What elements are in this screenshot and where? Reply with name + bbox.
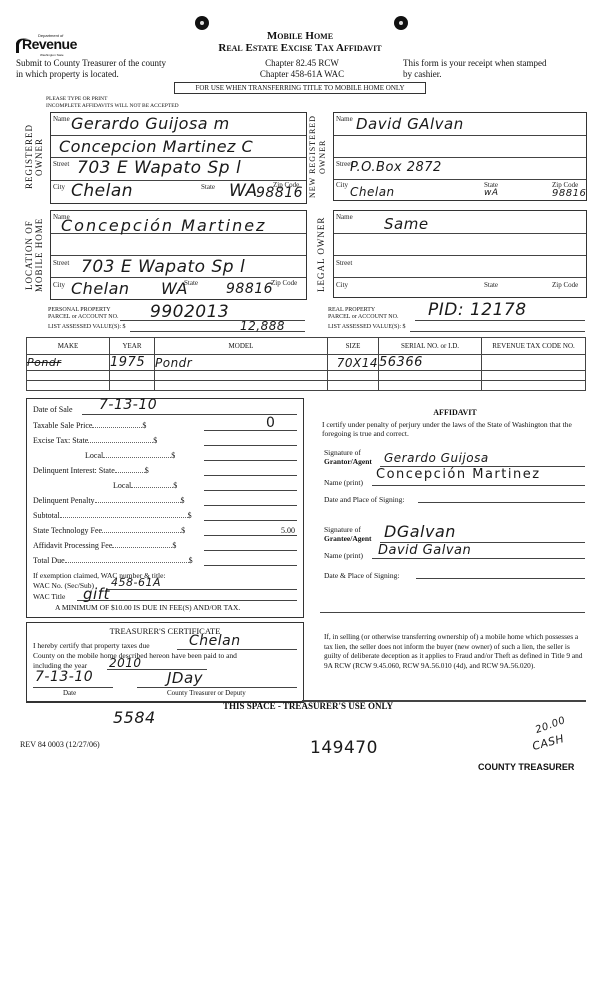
table-row: Pondr 1975 Pondr 70X14 56366 xyxy=(27,355,586,371)
col-make: MAKE xyxy=(27,338,110,355)
fee-delinquent-penalty: Delinquent Penalty$ xyxy=(33,496,313,505)
registered-owner-name[interactable]: Gerardo Guijosa m xyxy=(71,114,230,133)
col-serial: SERIAL NO. or I.D. xyxy=(379,338,482,355)
fee-total-due: Total Due$ xyxy=(33,556,313,565)
new-owner-section-label: NEW REGISTEREDOWNER xyxy=(308,112,328,202)
form-title: Mobile Home Real Estate Excise Tax Affid… xyxy=(180,30,420,54)
fee-delinquent-interest-state: Delinquent Interest: State$ xyxy=(33,466,313,475)
col-tax-code: REVENUE TAX CODE NO. xyxy=(482,338,586,355)
new-owner-name[interactable]: David GAlvan xyxy=(356,115,464,133)
treasurer-county[interactable]: Chelan xyxy=(189,633,241,649)
date-of-sale[interactable]: 7-13-10 xyxy=(99,397,157,413)
wac-title[interactable]: gift xyxy=(83,585,110,603)
minimum-notice: A MINIMUM OF $10.00 IS DUE IN FEE(S) AND… xyxy=(55,603,240,612)
mobile-home-table: MAKE YEAR MODEL SIZE SERIAL NO. or I.D. … xyxy=(26,337,586,391)
grantee-signature[interactable]: DGalvan xyxy=(384,522,456,541)
personal-assessed-label: LIST ASSESSED VALUE(S): $ xyxy=(48,324,126,330)
new-owner-box: Name David GAlvan Street P.O.Box 2872 Ci… xyxy=(333,112,587,201)
payment-method: CASH xyxy=(531,732,566,753)
registered-owner-section-label: REGISTEREDOWNER xyxy=(24,112,44,202)
new-owner-state[interactable]: wA xyxy=(484,188,499,198)
treasurer-use-title: THIS SPACE - TREASURER'S USE ONLY xyxy=(223,701,393,711)
location-name[interactable]: Concepción Martinez xyxy=(61,216,266,235)
grantee-name-print[interactable]: David Galvan xyxy=(378,543,471,558)
fee-subtotal: Subtotal$ xyxy=(33,511,313,520)
new-owner-street[interactable]: P.O.Box 2872 xyxy=(350,160,442,175)
real-property-parcel-label: REAL PROPERTYPARCEL or ACCOUNT NO. xyxy=(328,307,398,321)
location-section-label: LOCATION OFMOBILE HOME xyxy=(24,210,44,300)
fee-taxable-sale-price: Taxable Sale Price$ 0 xyxy=(33,421,313,430)
punch-hole-left xyxy=(195,16,209,30)
table-row xyxy=(27,381,586,391)
grantor-signature[interactable]: Gerardo Guijosa xyxy=(384,451,489,465)
real-assessed-label: LIST ASSESSED VALUE(S): $ xyxy=(328,324,406,330)
real-property-parcel-value[interactable]: PID: 12178 xyxy=(428,300,527,320)
registered-owner-street[interactable]: 703 E Wapato Sp l xyxy=(77,158,241,178)
logo-main: Revenue xyxy=(22,36,77,52)
wac-number[interactable]: 458-61A xyxy=(111,576,161,589)
legal-owner-name[interactable]: Same xyxy=(384,215,429,233)
col-size: SIZE xyxy=(328,338,379,355)
treasurer-date[interactable]: 7-13-10 xyxy=(35,669,93,685)
instructions: PLEASE TYPE OR PRINT INCOMPLETE AFFIDAVI… xyxy=(46,96,179,110)
table-row xyxy=(27,371,586,381)
col-year: YEAR xyxy=(110,338,155,355)
col-model: MODEL xyxy=(155,338,328,355)
location-box: Name Concepción Martinez Street 703 E Wa… xyxy=(50,210,307,300)
receipt-note: This form is your receipt when stamped b… xyxy=(403,58,546,80)
dor-logo: Department of Revenue Washington State xyxy=(14,33,84,61)
treasurer-certificate-box: TREASURER'S CERTIFICATE I hereby certify… xyxy=(26,622,304,703)
grantor-name-print[interactable]: Concepción Martinez xyxy=(376,467,541,482)
title-line2: Real Estate Excise Tax Affidavit xyxy=(180,42,420,54)
personal-property-parcel-value[interactable]: 9902013 xyxy=(150,302,229,322)
registered-owner-box: Name Gerardo Guijosa m Concepcion Martin… xyxy=(50,112,307,204)
new-owner-zip[interactable]: 98816 xyxy=(552,188,586,199)
treasurer-signature[interactable]: JDay xyxy=(167,669,203,687)
registered-owner-zip[interactable]: 98816 xyxy=(256,185,303,201)
fees-box: Date of Sale 7-13-10 Taxable Sale Price$… xyxy=(26,398,304,618)
registered-owner-city[interactable]: Chelan xyxy=(71,181,133,201)
usage-banner: FOR USE WHEN TRANSFERRING TITLE TO MOBIL… xyxy=(174,82,426,94)
fee-excise-state: Excise Tax: State$ xyxy=(33,436,313,445)
fee-excise-local: Local$ xyxy=(33,451,365,460)
fee-state-technology: State Technology Fee$ 5.00 xyxy=(33,526,313,535)
location-city[interactable]: Chelan xyxy=(71,279,130,298)
submit-instructions: Submit to County Treasurer of the county… xyxy=(16,58,166,80)
lien-notice: If, in selling (or otherwise transferrin… xyxy=(324,632,586,670)
chapter-references: Chapter 82.45 RCW Chapter 458-61A WAC xyxy=(252,58,352,80)
logo-sub: Washington State xyxy=(40,53,64,57)
form-id: REV 84 0003 (12/27/06) xyxy=(20,740,100,749)
registered-owner-name2[interactable]: Concepcion Martinez C xyxy=(59,137,253,156)
location-street[interactable]: 703 E Wapato Sp l xyxy=(81,257,245,277)
registered-owner-state[interactable]: WA xyxy=(229,181,258,201)
affidavit-section: AFFIDAVIT I certify under penalty of per… xyxy=(322,408,588,438)
location-zip[interactable]: 98816 xyxy=(226,281,273,297)
personal-assessed-value[interactable]: 12,888 xyxy=(240,319,285,333)
treasurer-number-2: 149470 xyxy=(310,738,378,758)
fee-affidavit-processing: Affidavit Processing Fee$ xyxy=(33,541,313,550)
legal-owner-section-label: LEGAL OWNER xyxy=(316,210,326,298)
punch-hole-right xyxy=(394,16,408,30)
title-line1: Mobile Home xyxy=(180,30,420,42)
treasurer-number-1: 5584 xyxy=(113,708,156,727)
treasurer-year[interactable]: 2010 xyxy=(109,656,142,670)
county-treasurer-stamp: COUNTY TREASURER xyxy=(478,762,574,772)
personal-property-parcel-label: PERSONAL PROPERTYPARCEL or ACCOUNT NO. xyxy=(48,307,118,321)
legal-owner-box: Name Same Street City State Zip Code xyxy=(333,210,587,298)
new-owner-city[interactable]: Chelan xyxy=(350,185,395,199)
